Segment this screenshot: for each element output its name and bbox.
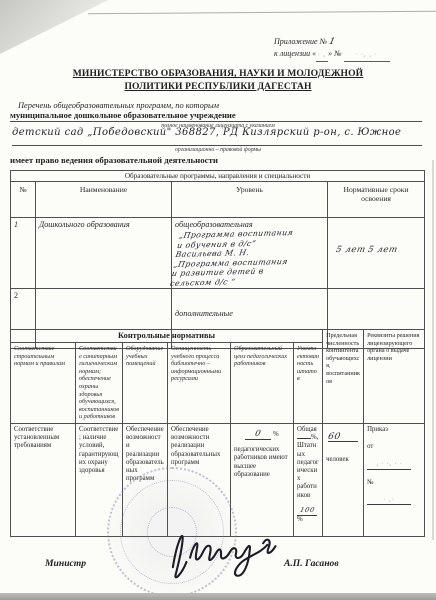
handwritten-zero: 0	[254, 430, 262, 438]
handwritten-mark: · ‚·	[384, 497, 395, 503]
normatives-title: Контрольные нормативы	[11, 330, 323, 343]
term-handwritten: 5 лет	[335, 245, 367, 255]
header-building-norms: Соответствие строительным нормам и прави…	[11, 343, 76, 424]
table-row: 1 Дошкольного образования общеобразовате…	[11, 218, 425, 289]
order-label: Приказ	[367, 426, 421, 434]
appendix-block: Приложение № 1 к лицензии «· ‚» № · ·‚ ‚…	[274, 36, 390, 62]
handwritten-mark: · ‚	[318, 52, 326, 58]
programs-table: Образовательные программы, направления и…	[10, 170, 425, 349]
minister-label: Министр	[45, 558, 86, 569]
order-date-blank: ‚ · ·‚ · ·	[367, 460, 411, 469]
signature-icon	[159, 510, 305, 594]
page-fold-corner	[0, 0, 108, 54]
row1-terms: 5 лет 5 лет	[328, 218, 425, 289]
column-header-terms: Нормативные сроки освоения	[328, 182, 425, 218]
normatives-table: Контрольные нормативы Предельная численн…	[10, 329, 425, 537]
percent-sign: %	[273, 431, 279, 438]
header-sanitary-norms: Соответствие санитарным гигиеническим но…	[76, 343, 123, 424]
term-handwritten: 5 лет	[367, 245, 399, 255]
header-staffing: Укомплектованность штатов	[294, 343, 323, 424]
header-library-resources: Оснащенность учебного процесса библиотеч…	[168, 343, 231, 424]
column-header-num: №	[11, 182, 36, 218]
staffing-text: Штатных педагогических работников	[297, 442, 319, 499]
row1-level: общеобразовательная „Программа воспитани…	[172, 218, 328, 289]
legal-form-caption: организационно – правовой формы	[0, 147, 436, 153]
order-from-label: от	[367, 443, 421, 451]
handwritten-mark: · ·‚ ‚ ·	[356, 52, 377, 58]
ministry-title: МИНИСТЕРСТВО ОБРАЗОВАНИЯ, НАУКИ И МОЛОДЕ…	[0, 68, 436, 93]
staffing-total-label: Общая	[297, 426, 319, 434]
license-number-blank: · ·‚ ‚ ·	[344, 48, 390, 62]
ministry-title-line2: ПОЛИТИКИ РЕСПУБЛИКИ ДАГЕСТАН	[124, 81, 311, 92]
header-license-details: Реквизиты решения лицензирующего органа …	[364, 330, 425, 424]
organization-name-handwritten: детский сад „Победовский" 368827, РД Киз…	[12, 127, 422, 146]
column-header-level: Уровень	[172, 182, 328, 218]
rights-statement: имеет право ведения образовательной деят…	[10, 155, 218, 165]
minister-name: А.П. Гасанов	[284, 558, 339, 569]
percent-comma: %,	[311, 434, 318, 441]
appendix-label: Приложение №	[274, 37, 327, 46]
ministry-title-line1: МИНИСТЕРСТВО ОБРАЗОВАНИЯ, НАУКИ И МОЛОДЕ…	[73, 68, 363, 79]
minister-signature	[159, 510, 305, 599]
handwritten-mark: ‚ · ·‚ · ·	[376, 461, 402, 467]
data-building-norms: Соответствие установленным требованиям	[11, 423, 76, 536]
programs-table-title: Образовательные программы, направления и…	[11, 171, 425, 182]
handwritten-value-underline: 60	[328, 432, 358, 442]
scan-bottom-strip	[0, 593, 436, 600]
scan-edge-line	[88, 11, 436, 14]
header-max-contingent: Предельная численность контингента обуча…	[323, 330, 364, 424]
header-staff-education: Образовательный ценз педагогических рабо…	[231, 343, 294, 424]
order-number-blank: · ‚·	[367, 496, 411, 505]
scan-right-edge	[432, 160, 434, 540]
handwritten-text: детский сад „Победовский" 368827, РД Киз…	[12, 127, 401, 138]
handwritten-value-underline: 100	[297, 506, 317, 516]
data-equipment: Обеспечение возможности реализации образ…	[123, 423, 168, 536]
staff-education-text: педагогических работников имеют высшее о…	[234, 446, 290, 479]
blank-line	[297, 438, 311, 439]
handwritten-percent-value-underline: 0	[245, 430, 271, 440]
data-license-details: Приказ от ‚ · ·‚ · · № · ‚·	[364, 423, 425, 536]
license-line-infix: » №	[328, 49, 342, 58]
row1-number: 1	[11, 218, 36, 289]
organization-type-line: муниципальное дошкольное образовательное…	[10, 110, 422, 122]
order-number-label: №	[367, 479, 421, 487]
level-handwritten: „Программа воспитания и обучения в д/с“ …	[169, 227, 329, 288]
handwritten-hundred: 100	[299, 506, 316, 514]
scanned-document-page: Приложение № 1 к лицензии «· ‚» № · ·‚ ‚…	[0, 0, 436, 600]
column-header-name: Наименование	[36, 182, 172, 218]
handwritten-sixty: 60	[327, 433, 341, 441]
data-sanitary-norms: Соответствие; наличие условий, гарантиру…	[76, 423, 123, 536]
appendix-number-handwritten: 1	[328, 37, 337, 48]
header-equipment: Оборудование учебных помещений	[123, 343, 168, 424]
data-max-contingent: 60 человек	[323, 423, 364, 536]
percent-sign: %	[297, 516, 319, 524]
license-line-prefix: к лицензии «	[274, 49, 316, 58]
programs-list-caption: Перечень общеобразовательных программ, п…	[18, 101, 219, 110]
row1-name: Дошкольного образования	[36, 218, 172, 289]
contingent-unit-label: человек	[326, 456, 360, 464]
license-date-blank: · ‚	[316, 48, 328, 62]
